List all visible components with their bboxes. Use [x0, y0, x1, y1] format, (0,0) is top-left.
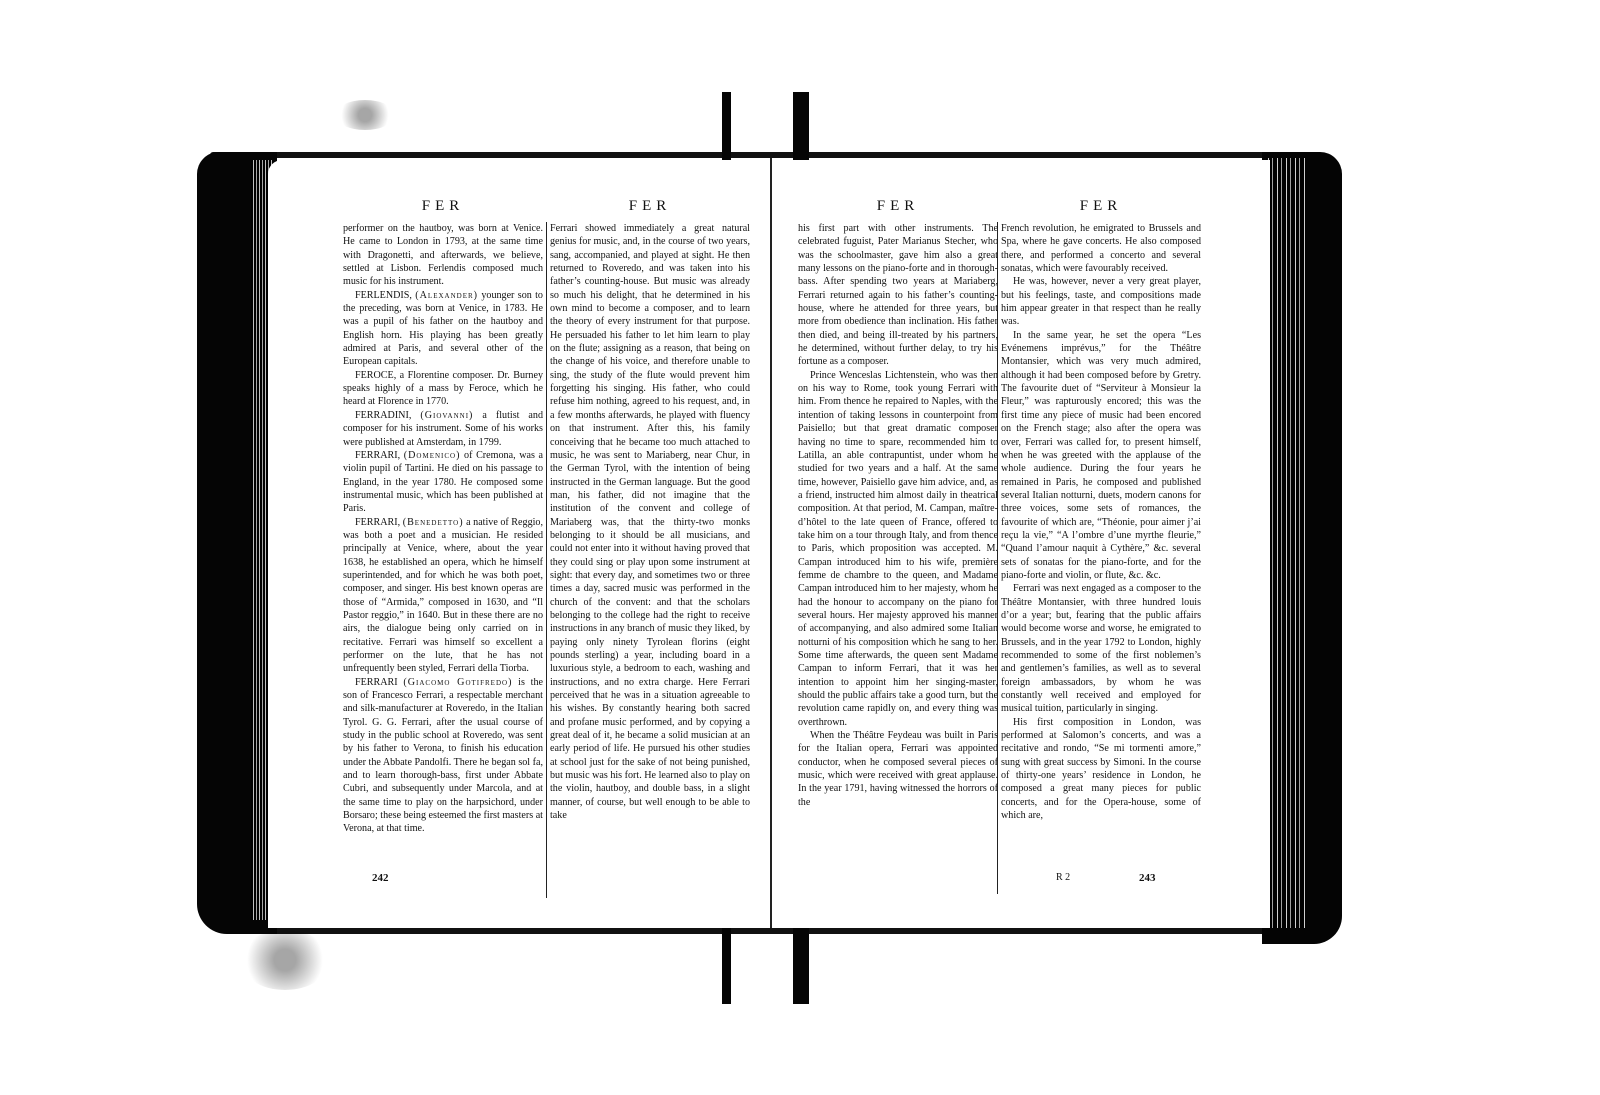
running-head: FER — [550, 200, 750, 217]
dictionary-entry: FERRARI, (Benedetto) a native of Reggio,… — [343, 516, 543, 676]
paragraph: Ferrari showed immediately a great natur… — [550, 222, 750, 822]
entry-text: younger son to the preceding, was born a… — [343, 290, 543, 368]
left-cover-edge — [197, 152, 277, 934]
right-cover-edge — [1262, 152, 1342, 944]
scan-smudge — [240, 930, 330, 990]
dictionary-entry: FEROCE, a Florentine composer. Dr. Burne… — [343, 369, 543, 409]
binding-strap-bottom-right — [793, 928, 809, 1004]
paragraph: French revolution, he emigrated to Bruss… — [1001, 222, 1201, 275]
binding-strap-bottom-left — [722, 928, 731, 1004]
scan-smudge — [335, 100, 395, 130]
entry-given-name: (Giacomo Gotifredo) — [403, 677, 512, 688]
running-head: FER — [798, 200, 998, 217]
page-number-left: 242 — [372, 872, 389, 884]
entry-name: FEROCE, — [355, 370, 396, 381]
entry-name: FERRADINI, — [355, 410, 411, 421]
scanned-book-spread: FER performer on the hautboy, was born a… — [0, 0, 1600, 1095]
column-rule-left-page — [546, 222, 547, 898]
page-number-right: 243 — [1139, 872, 1156, 884]
page-gutter — [770, 158, 772, 928]
left-page-column-2: FER Ferrari showed immediately a great n… — [550, 200, 750, 822]
right-page-column-2: FER French revolution, he emigrated to B… — [1001, 200, 1201, 822]
entry-given-name: (Alexander) — [415, 290, 478, 301]
paragraph: Ferrari was next engaged as a composer t… — [1001, 582, 1201, 715]
dictionary-entry: FERRADINI, (Giovanni) a flutist and comp… — [343, 409, 543, 449]
running-head: FER — [343, 200, 543, 217]
book-top-edge — [210, 152, 1320, 158]
right-page-edges — [1266, 158, 1306, 928]
entry-given-name: (Benedetto) — [403, 517, 464, 528]
paragraph: When the Théâtre Feydeau was built in Pa… — [798, 729, 998, 809]
entry-name: FERRARI, — [355, 450, 400, 461]
paragraph: Prince Wenceslas Lichtenstein, who was t… — [798, 369, 998, 729]
paragraph: In the same year, he set the opera “Les … — [1001, 329, 1201, 583]
entry-name: FERRARI, — [355, 517, 400, 528]
right-page-column-1: FER his first part with other instrument… — [798, 200, 998, 809]
entry-text: is the son of Francesco Ferrari, a respe… — [343, 677, 543, 835]
dictionary-entry: FERRARI, (Domenico) of Cremona, was a vi… — [343, 449, 543, 516]
dictionary-entry: FERLENDIS, (Alexander) younger son to th… — [343, 289, 543, 369]
entry-given-name: (Domenico) — [404, 450, 461, 461]
running-head: FER — [1001, 200, 1201, 217]
paragraph: His first composition in London, was per… — [1001, 716, 1201, 823]
binding-strap-top-left — [722, 92, 731, 160]
entry-name: FERLENDIS, — [355, 290, 412, 301]
binding-strap-top-right — [793, 92, 809, 160]
entry-text: a native of Reggio, was both a poet and … — [343, 517, 543, 675]
entry-name: FERRARI — [355, 677, 398, 688]
signature-mark: R 2 — [1056, 872, 1070, 883]
dictionary-entry: FERRARI (Giacomo Gotifredo) is the son o… — [343, 676, 543, 836]
paragraph: He was, however, never a very great play… — [1001, 275, 1201, 328]
left-page-column-1: FER performer on the hautboy, was born a… — [343, 200, 543, 836]
entry-given-name: (Giovanni) — [420, 410, 473, 421]
paragraph: performer on the hautboy, was born at Ve… — [343, 222, 543, 289]
paragraph: his first part with other instruments. T… — [798, 222, 998, 369]
